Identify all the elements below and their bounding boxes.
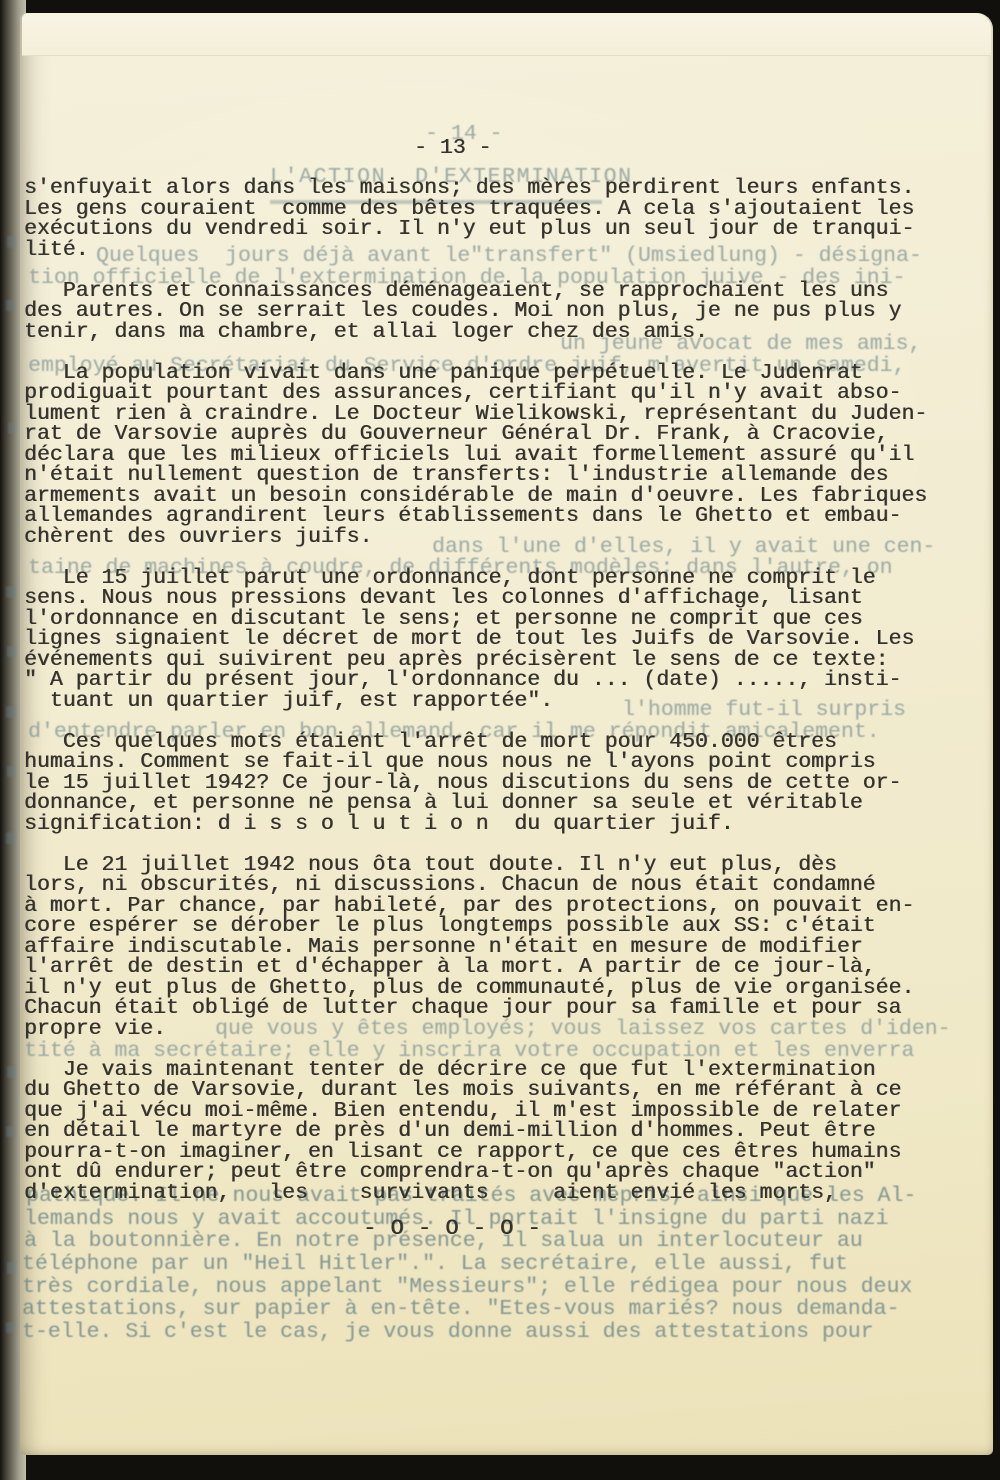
- paragraph: Parents et connaissances déménageaient, …: [24, 281, 939, 343]
- page-content: s'enfuyait alors dans les maisons; des m…: [24, 178, 939, 1224]
- paragraph: La population vivait dans une panique pe…: [24, 363, 939, 548]
- paragraph: Le 15 juillet parut une ordonnance, dont…: [24, 568, 939, 712]
- page-number: - 13 -: [414, 137, 491, 159]
- paragraph: Le 21 juillet 1942 nous ôta tout doute. …: [24, 855, 939, 1040]
- typewritten-text-layer: - 13 - s'enfuyait alors dans les maisons…: [0, 0, 1000, 1480]
- section-separator: - O - O - O -: [363, 1218, 541, 1240]
- paragraph: Ces quelques mots étaient l'arrêt de mor…: [24, 732, 939, 835]
- paragraph: s'enfuyait alors dans les maisons; des m…: [24, 178, 939, 260]
- scanned-document-page: - 14 - L'ACTION D'EXTERMINATION Quelques…: [0, 0, 1000, 1480]
- paragraph: Je vais maintenant tenter de décrire ce …: [24, 1060, 939, 1204]
